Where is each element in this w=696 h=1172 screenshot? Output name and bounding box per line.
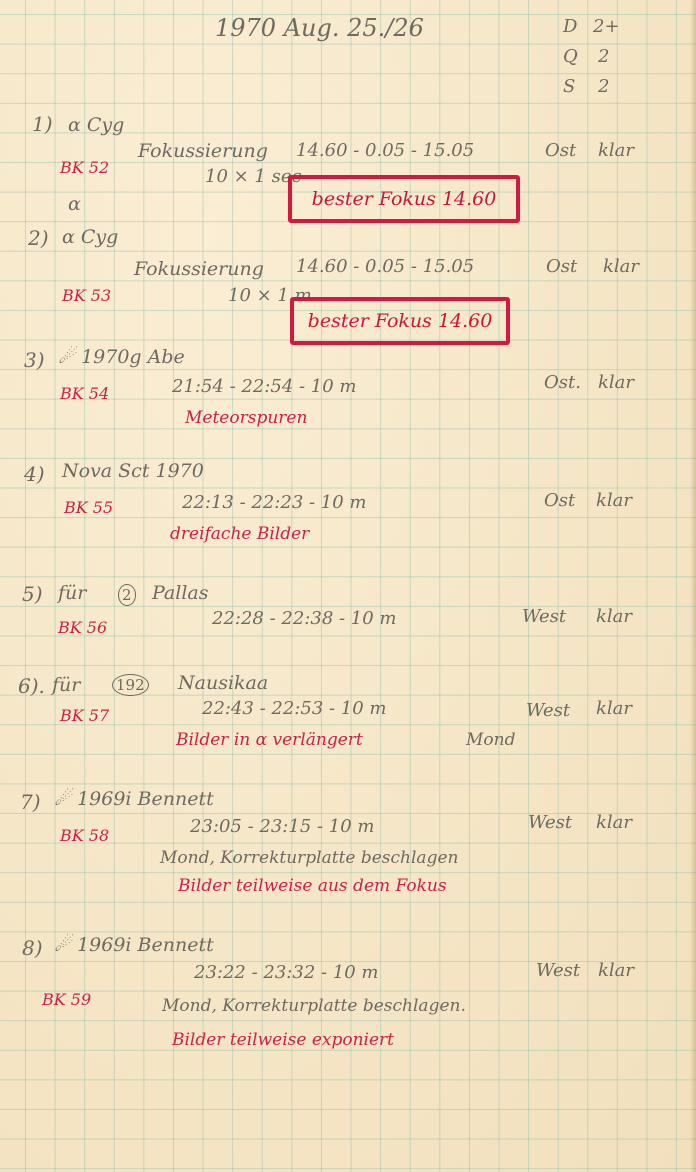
- entry-sky: klar: [596, 698, 632, 719]
- entry-sky: klar: [598, 960, 634, 981]
- entry-times: 14.60 - 0.05 - 15.05: [296, 140, 474, 161]
- entry-description: Fokussierung: [138, 140, 268, 162]
- condition-symbol: D: [563, 16, 577, 37]
- entry-note: dreifache Bilder: [170, 524, 309, 544]
- condition-symbol: S: [563, 76, 575, 97]
- entry-direction: Ost: [545, 140, 576, 161]
- entry-direction: Ost: [546, 256, 577, 277]
- plate-number: BK 52: [60, 158, 109, 177]
- entry-object: ☄ 1970g Abe: [58, 346, 185, 368]
- entry-times: 22:13 - 22:23 - 10 m: [182, 492, 367, 513]
- entry-direction: West: [526, 700, 570, 721]
- condition-value: 2: [598, 76, 609, 97]
- entry-note: Bilder teilweise aus dem Fokus: [178, 876, 447, 896]
- entry-direction: Ost.: [544, 372, 581, 393]
- entry-sky: klar: [598, 140, 634, 161]
- entry-number: 2): [28, 226, 49, 250]
- entry-object: α Cyg: [68, 114, 124, 136]
- entry-note: Meteorspuren: [185, 408, 307, 428]
- asteroid-number-circle: 192: [112, 674, 149, 696]
- entry-times: 14.60 - 0.05 - 15.05: [296, 256, 474, 277]
- entry-direction: West: [536, 960, 580, 981]
- entry-times: 23:22 - 23:32 - 10 m: [194, 962, 379, 983]
- plate-number: BK 54: [60, 384, 109, 403]
- entry-description: Fokussierung: [134, 258, 264, 280]
- entry-sky: klar: [596, 490, 632, 511]
- entry-number: 7): [20, 790, 41, 814]
- condition-value: 2+: [593, 16, 620, 37]
- entry-number: 6).: [18, 674, 45, 698]
- entry-note: Bilder teilweise exponiert: [172, 1030, 394, 1050]
- entry-times: 22:28 - 22:38 - 10 m: [212, 608, 397, 629]
- entry-sky: klar: [596, 812, 632, 833]
- entry-object: ☄ 1969i Bennett: [54, 934, 214, 956]
- plate-number: BK 57: [60, 706, 109, 725]
- condition-symbol: Q: [563, 46, 578, 67]
- entry-times: 23:05 - 23:15 - 10 m: [190, 816, 375, 837]
- entry-direction: Ost: [544, 490, 575, 511]
- entry-direction: West: [522, 606, 566, 627]
- entry-object: Pallas: [152, 582, 209, 604]
- entry-direction: West: [528, 812, 572, 833]
- entry-times: 21:54 - 22:54 - 10 m: [172, 376, 357, 397]
- page-binding-edge: [690, 0, 696, 1172]
- asteroid-number: 2: [118, 584, 136, 606]
- plate-number: BK 58: [60, 826, 109, 845]
- entry-sky: klar: [596, 606, 632, 627]
- entry-note-secondary: Mond, Korrekturplatte beschlagen.: [162, 996, 466, 1016]
- entry-note: Bilder in α verlängert: [176, 730, 363, 750]
- entry-number: 1): [32, 112, 53, 136]
- entry-object: Nova Sct 1970: [62, 460, 204, 482]
- entry-object: Nausikaa: [178, 672, 268, 694]
- entry-note-secondary: Mond, Korrekturplatte beschlagen: [160, 848, 458, 868]
- plate-number: BK 55: [64, 498, 113, 517]
- alpha-mark: α: [68, 193, 81, 215]
- entry-object-prefix: für: [52, 674, 80, 696]
- plate-number: BK 53: [62, 286, 111, 305]
- entry-sky: klar: [603, 256, 639, 277]
- entry-number: 4): [24, 462, 45, 486]
- condition-value: 2: [598, 46, 609, 67]
- entry-number: 3): [24, 348, 45, 372]
- asteroid-number: 192: [112, 674, 149, 696]
- plate-number: BK 59: [42, 990, 91, 1009]
- notebook-page: 1970 Aug. 25./26 D 2+ Q 2 S 2 1) α Cyg B…: [0, 0, 696, 1172]
- asteroid-number-circle: 2: [118, 584, 136, 606]
- entry-sky: klar: [598, 372, 634, 393]
- entry-number: 8): [22, 936, 43, 960]
- entry-object: ☄ 1969i Bennett: [54, 788, 214, 810]
- highlighted-note-box: bester Fokus 14.60: [290, 297, 510, 345]
- entry-object: α Cyg: [62, 226, 118, 248]
- entry-number: 5): [22, 582, 43, 606]
- highlighted-note-box: bester Fokus 14.60: [288, 175, 520, 223]
- entry-times: 22:43 - 22:53 - 10 m: [202, 698, 387, 719]
- page-date: 1970 Aug. 25./26: [215, 14, 424, 42]
- entry-note-secondary: Mond: [466, 730, 515, 750]
- entry-object-prefix: für: [58, 582, 86, 604]
- plate-number: BK 56: [58, 618, 107, 637]
